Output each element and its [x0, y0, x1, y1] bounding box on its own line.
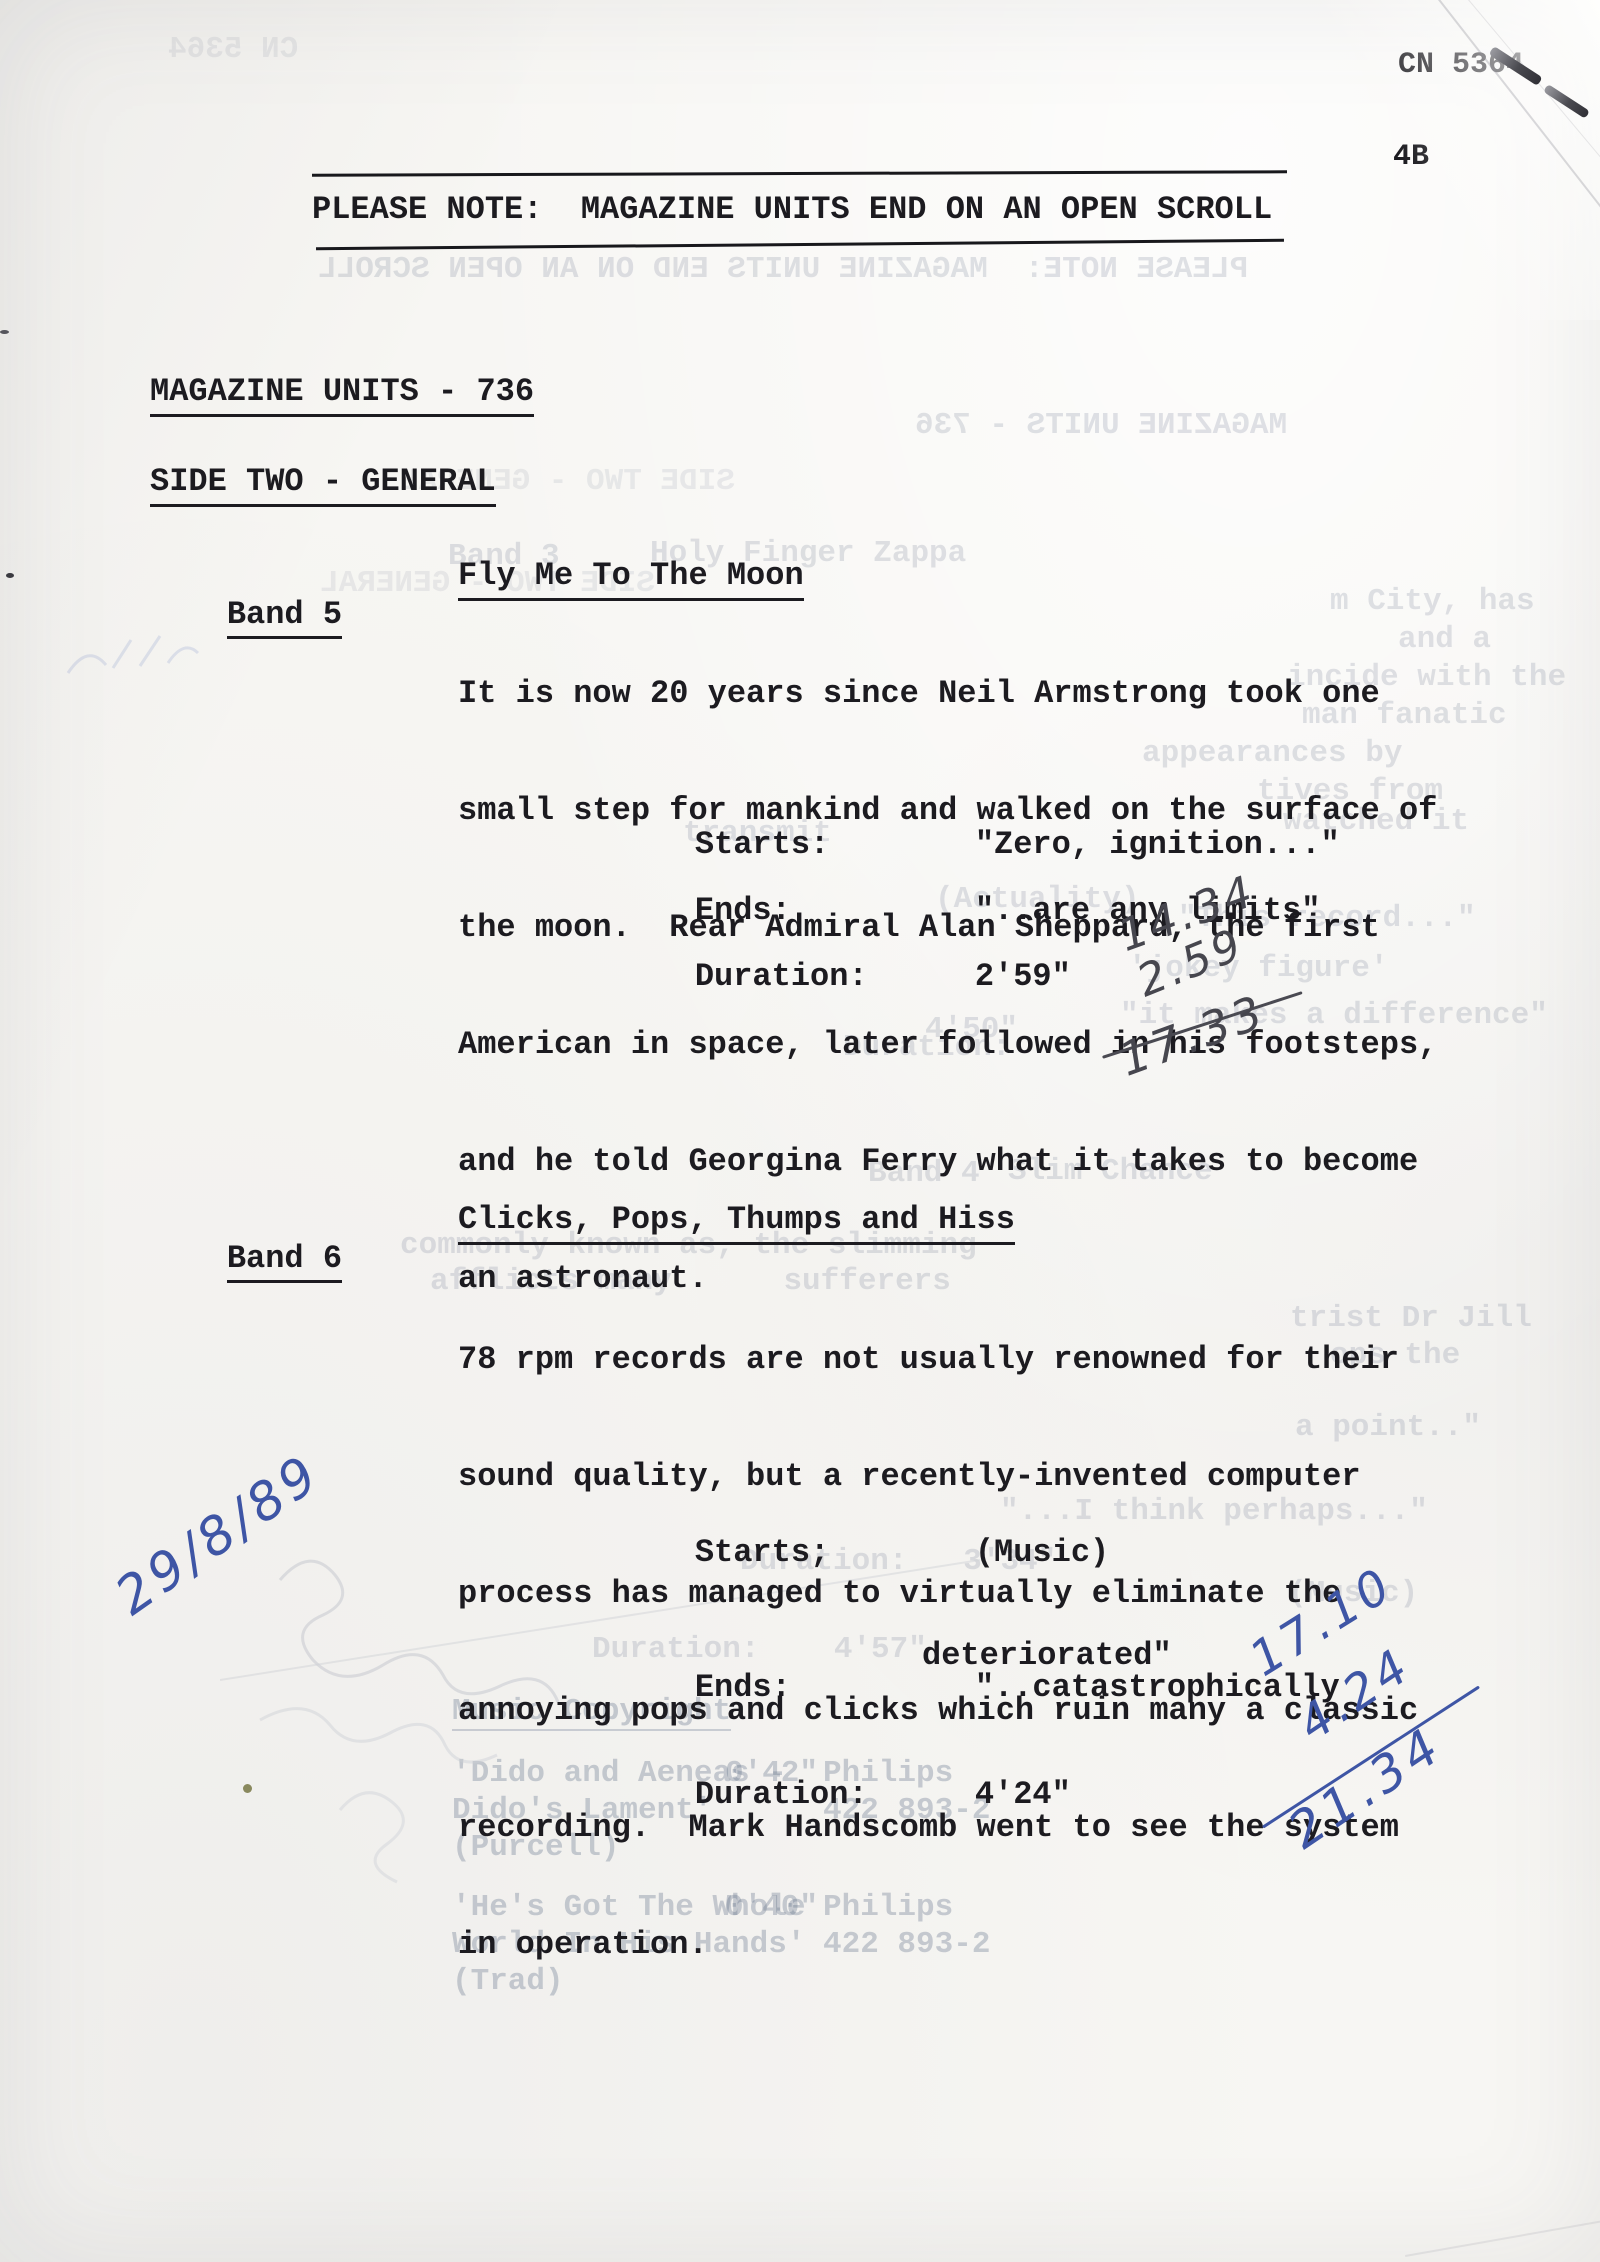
document-subtitle: SIDE TWO - GENERAL: [150, 462, 496, 507]
notice-rule-bottom: [316, 239, 1284, 250]
bleedthrough-text: CN 5364: [168, 34, 298, 65]
notice-rule-top: [312, 170, 1287, 176]
band5-label: Band 5: [227, 596, 342, 639]
starts-label: Starts;: [695, 1533, 975, 1572]
ends-value-line2: deteriorated": [922, 1636, 1172, 1675]
bleedthrough-text: PLEASE NOTE: MAGAZINE UNITS END ON AN OP…: [318, 254, 1248, 285]
description-line: sound quality, but a recently-invented c…: [458, 1457, 1418, 1496]
band5-duration-row: Duration:2'59": [618, 918, 1071, 1035]
band6-title: Clicks, Pops, Thumps and Hiss: [458, 1200, 1015, 1245]
duration-label: Duration:: [695, 1775, 975, 1814]
speck: [6, 573, 14, 578]
description-line: It is now 20 years since Neil Armstrong …: [458, 674, 1437, 713]
band6-duration-row: Duration:4'24": [618, 1736, 1071, 1853]
duration-value: 4'24": [975, 1776, 1071, 1813]
description-line: 78 rpm records are not usually renowned …: [458, 1340, 1418, 1379]
corner-fold: [1300, 0, 1600, 320]
description-line: and he told Georgina Ferry what it takes…: [458, 1142, 1437, 1181]
scanned-document-page: PLEASE NOTE: MAGAZINE UNITS END ON AN OP…: [0, 0, 1600, 2262]
band6-label: Band 6: [227, 1240, 342, 1283]
description-line: in operation.: [458, 1925, 1418, 1964]
starts-value: (Music): [975, 1534, 1109, 1571]
bottom-corner-crease: [1405, 2215, 1600, 2257]
notice-text: PLEASE NOTE: MAGAZINE UNITS END ON AN OP…: [312, 190, 1272, 229]
bleedthrough-text: MAGAZINE UNITS - 736: [915, 410, 1287, 441]
document-title: MAGAZINE UNITS - 736: [150, 372, 534, 417]
speck: [0, 330, 9, 334]
band5-title: Fly Me To The Moon: [458, 556, 804, 601]
duration-value: 2'59": [975, 958, 1071, 995]
duration-label: Duration:: [695, 957, 975, 996]
speck: [243, 1784, 252, 1793]
